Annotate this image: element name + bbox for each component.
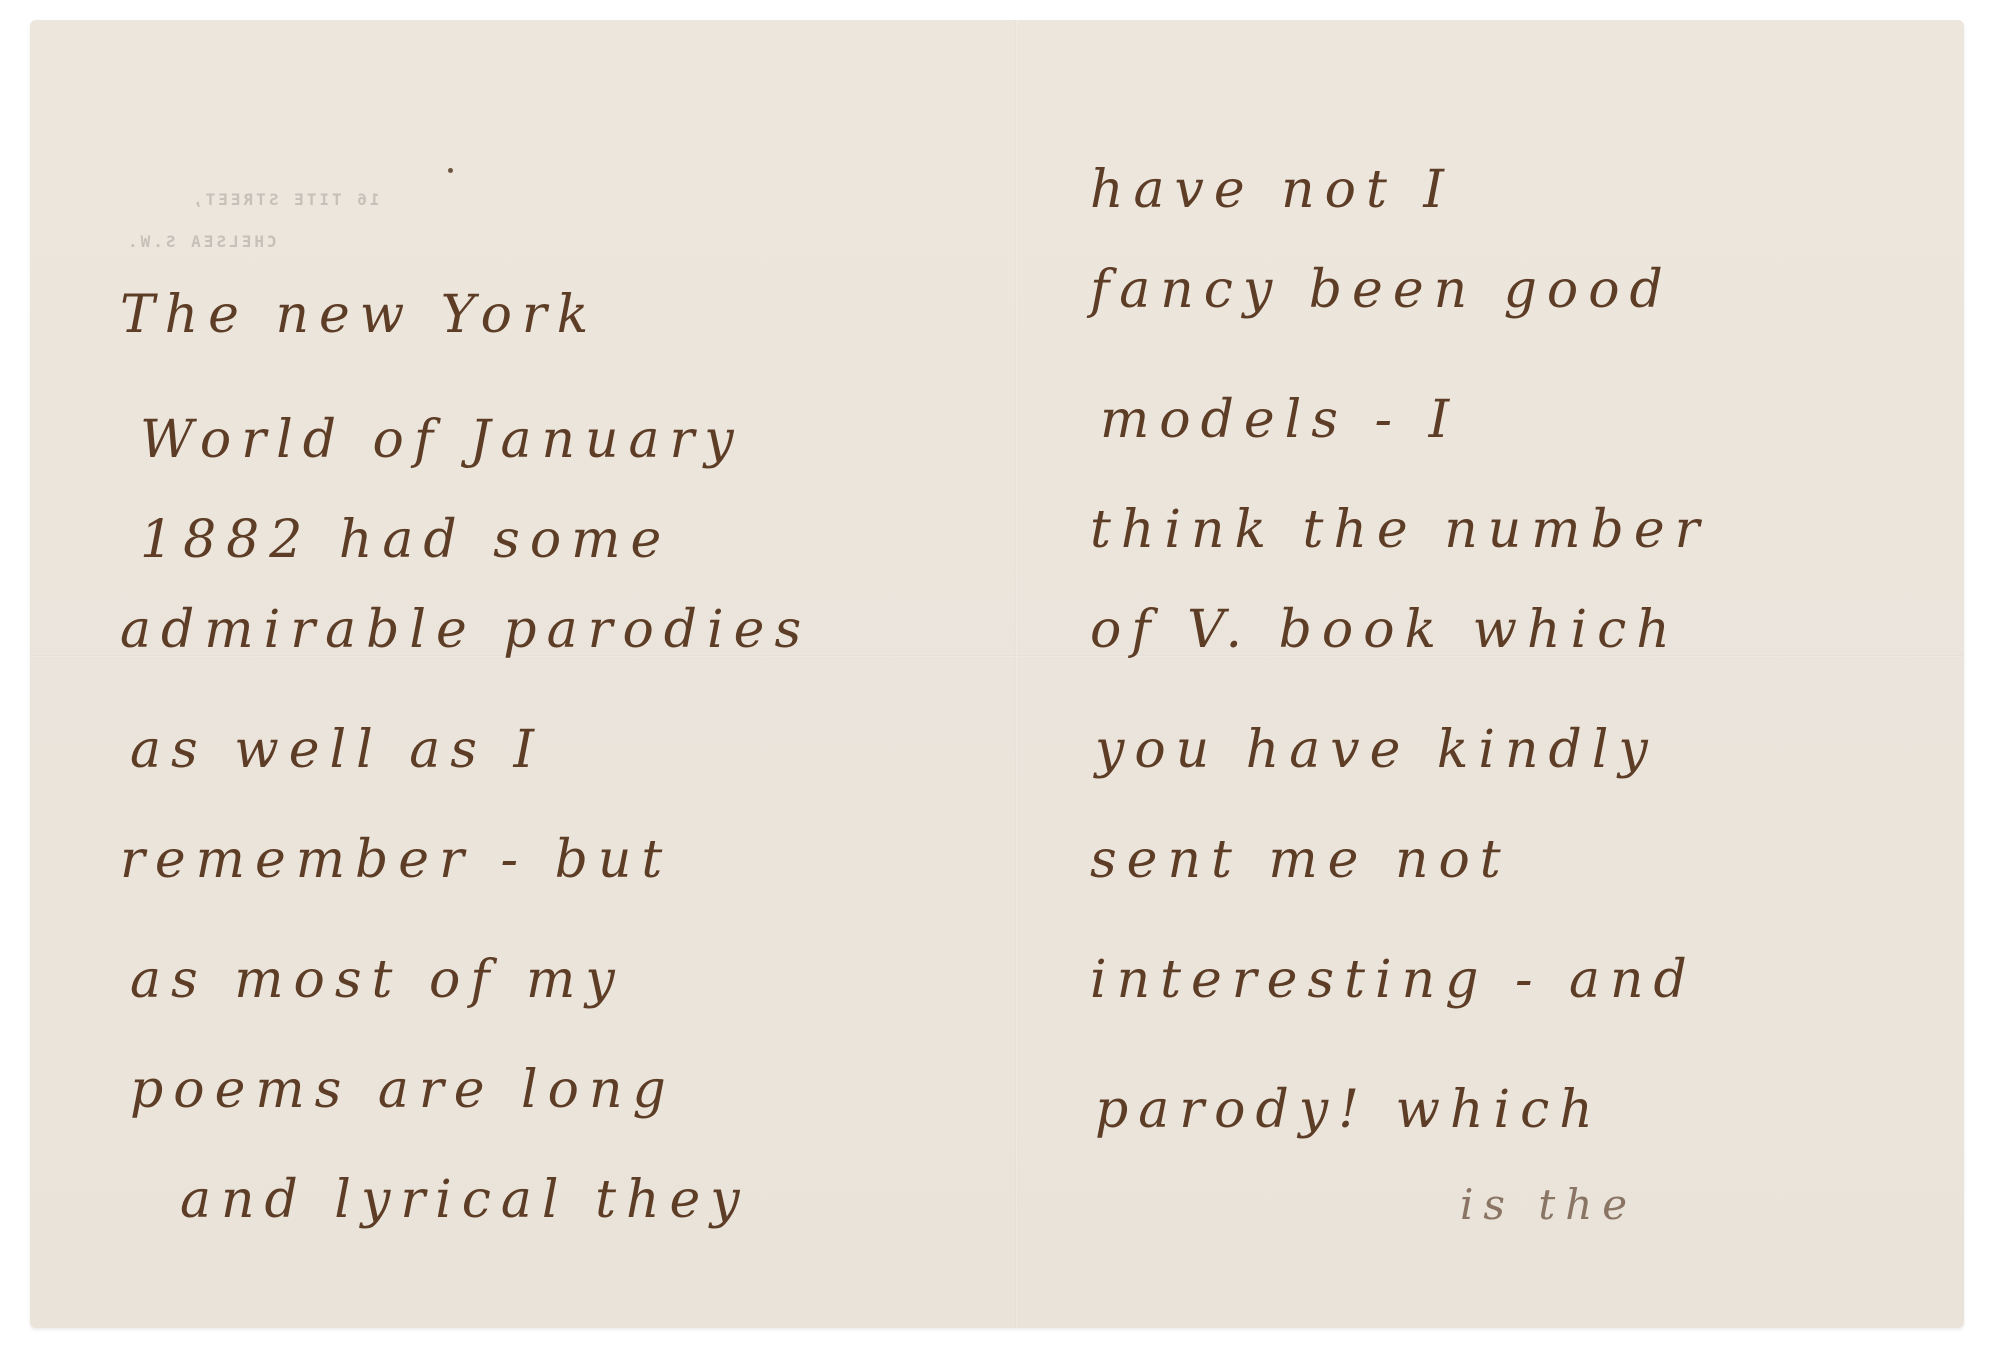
letter-paper: 16 TITE STREET, CHELSEA S.W. The new Yor… <box>30 20 1964 1328</box>
left-line-3: 1882 had some <box>140 510 671 570</box>
right-line-6: you have kindly <box>1095 720 1658 780</box>
left-line-4: admirable parodies <box>120 600 811 660</box>
left-line-1: The new York <box>120 285 598 345</box>
right-line-7: sent me not <box>1090 830 1511 890</box>
right-line-9: parody! which <box>1095 1080 1603 1140</box>
right-line-4: think the number <box>1090 500 1709 560</box>
right-line-3: models - I <box>1100 390 1459 450</box>
letterhead-address-line2: CHELSEA S.W. <box>125 232 277 251</box>
right-line-2: fancy been good <box>1090 260 1673 320</box>
right-line-1: have not I <box>1090 160 1454 220</box>
left-line-7: as most of my <box>130 950 625 1010</box>
left-line-5: as well as I <box>130 720 544 780</box>
right-line-10: is the <box>1460 1180 1637 1229</box>
left-line-8: poems are long <box>130 1060 676 1120</box>
right-line-8: interesting - and <box>1090 950 1697 1010</box>
left-line-2: World of January <box>140 410 744 470</box>
vertical-fold-crease <box>1015 20 1017 1328</box>
left-line-6: remember - but <box>120 830 672 890</box>
letterhead-address-line1: 16 TITE STREET, <box>190 190 380 209</box>
right-line-5: of V. book which <box>1090 600 1680 660</box>
ink-dot <box>448 168 453 173</box>
left-line-9: and lyrical they <box>180 1170 750 1230</box>
